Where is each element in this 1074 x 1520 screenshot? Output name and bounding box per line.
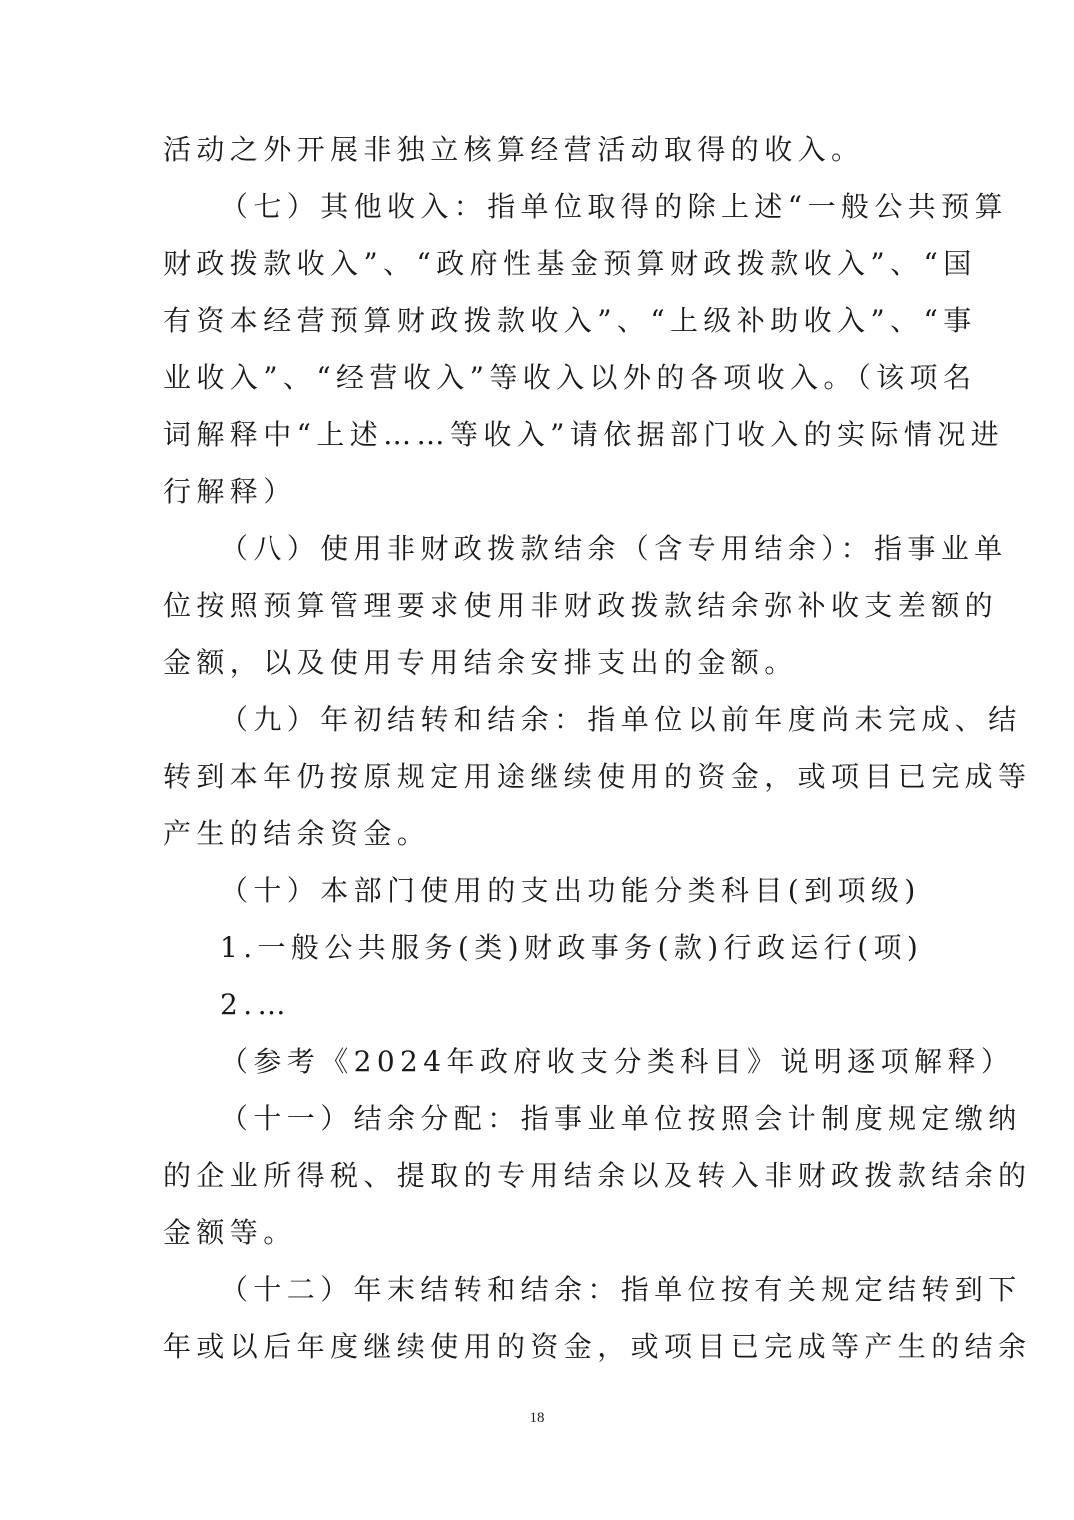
paragraph-line: 位按照预算管理要求使用非财政拨款结余弥补收支差额的 (163, 589, 915, 623)
page-number: 18 (0, 1410, 1074, 1427)
paragraph-line: 年或以后年度继续使用的资金，或项目已完成等产生的结余 (163, 1330, 915, 1364)
paragraph-line: 产生的结余资金。 (163, 817, 915, 851)
paragraph-line: 活动之外开展非独立核算经营活动取得的收入。 (163, 133, 915, 167)
document-page: 活动之外开展非独立核算经营活动取得的收入。（七）其他收入：指单位取得的除上述“一… (0, 0, 1074, 1520)
paragraph-line: 的企业所得税、提取的专用结余以及转入非财政拨款结余的 (163, 1159, 915, 1193)
paragraph-line: 金额，以及使用专用结余安排支出的金额。 (163, 646, 915, 680)
paragraph-first-line: （十）本部门使用的支出功能分类科目(到项级) (220, 874, 972, 908)
paragraph-first-line: （七）其他收入：指单位取得的除上述“一般公共预算 (220, 190, 972, 224)
paragraph-first-line: （参考《2024年政府收支分类科目》说明逐项解释） (220, 1045, 972, 1079)
paragraph-line: 财政拨款收入”、“政府性基金预算财政拨款收入”、“国 (163, 247, 915, 281)
paragraph-first-line: （九）年初结转和结余：指单位以前年度尚未完成、结 (220, 703, 972, 737)
paragraph-first-line: 1.一般公共服务(类)财政事务(款)行政运行(项) (220, 931, 972, 965)
paragraph-line: 词解释中“上述……等收入”请依据部门收入的实际情况进 (163, 418, 915, 452)
paragraph-line: 行解释） (163, 475, 915, 509)
paragraph-line: 转到本年仍按原规定用途继续使用的资金，或项目已完成等 (163, 760, 915, 794)
paragraph-line: 金额等。 (163, 1216, 915, 1250)
paragraph-first-line: （八）使用非财政拨款结余（含专用结余）：指事业单 (220, 532, 972, 566)
paragraph-line: 有资本经营预算财政拨款收入”、“上级补助收入”、“事 (163, 304, 915, 338)
paragraph-first-line: （十一）结余分配：指事业单位按照会计制度规定缴纳 (220, 1102, 972, 1136)
paragraph-first-line: （十二）年末结转和结余：指单位按有关规定结转到下 (220, 1273, 972, 1307)
paragraph-first-line: 2.… (220, 988, 972, 1022)
paragraph-line: 业收入”、“经营收入”等收入以外的各项收入。（该项名 (163, 361, 915, 395)
